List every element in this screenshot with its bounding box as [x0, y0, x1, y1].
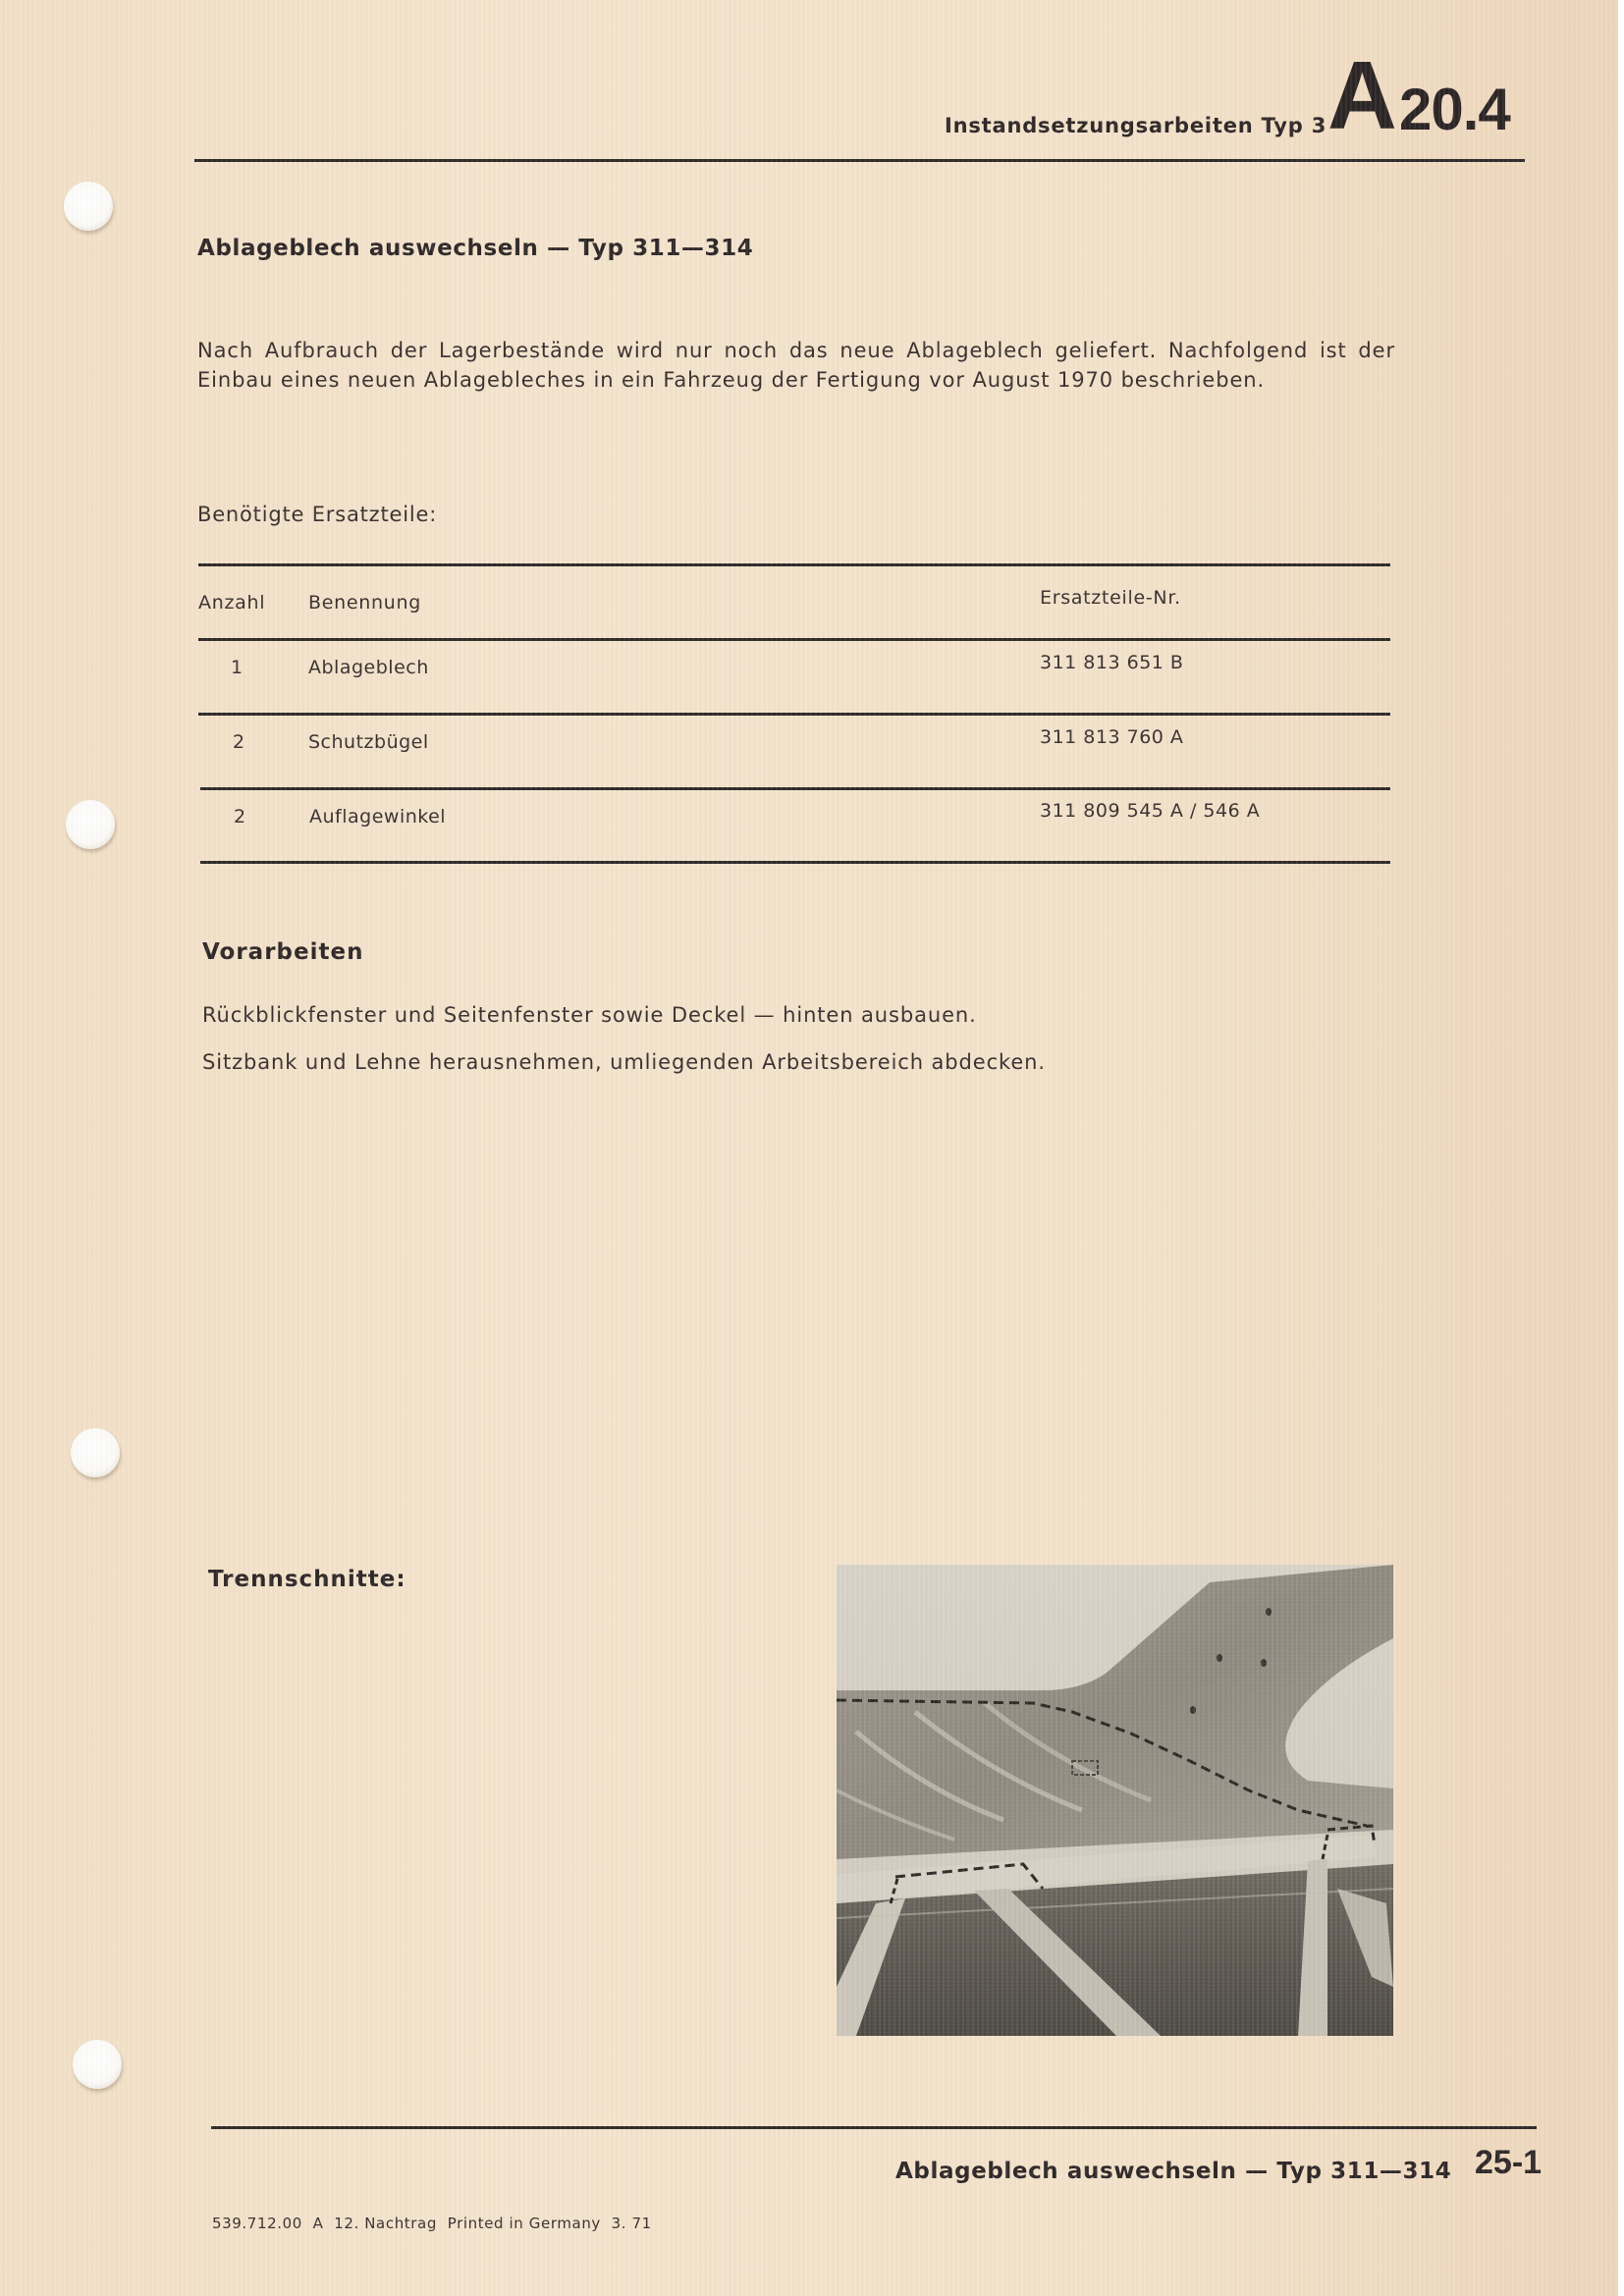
manual-page: Instandsetzungsarbeiten Typ 3 A 20.4 Abl…: [0, 0, 1618, 2296]
page-title: Ablageblech auswechseln — Typ 311—314: [197, 236, 753, 261]
intro-line-2: Einbau eines neuen Ablagebleches in ein …: [197, 365, 1265, 396]
prep-step: Sitzbank und Lehne herausnehmen, umliege…: [202, 1047, 1046, 1078]
footer-title: Ablageblech auswechseln — Typ 311—314: [895, 2159, 1451, 2184]
table-rule-row: [200, 787, 1390, 790]
row-qty: 2: [233, 731, 245, 753]
row-name: Ablageblech: [308, 657, 429, 678]
header-group-letter: A: [1327, 47, 1397, 143]
row-part-no: 311 809 545 A / 546 A: [1040, 800, 1260, 822]
cuts-heading: Trennschnitte:: [208, 1567, 406, 1592]
prep-step: Rückblickfenster und Seitenfenster sowie…: [202, 1000, 977, 1031]
intro-line-1: Nach Aufbrauch der Lagerbestände wird nu…: [197, 336, 1395, 366]
column-header-qty: Anzahl: [198, 592, 265, 614]
page-number: 25-1: [1475, 2144, 1542, 2182]
row-qty: 2: [234, 806, 246, 828]
row-name: Auflagewinkel: [309, 806, 446, 828]
row-qty: 1: [231, 657, 244, 678]
column-header-part-no: Ersatzteile-Nr.: [1040, 587, 1181, 609]
row-part-no: 311 813 760 A: [1040, 726, 1183, 748]
table-rule-header: [198, 638, 1390, 641]
parts-label: Benötigte Ersatzteile:: [197, 503, 437, 526]
header-rule: [194, 159, 1525, 162]
punch-hole: [66, 800, 115, 849]
punch-hole: [71, 1428, 120, 1477]
header-section-label: Instandsetzungsarbeiten Typ 3: [945, 114, 1326, 137]
row-part-no: 311 813 651 B: [1040, 652, 1183, 673]
header-group-number: 20.4: [1399, 80, 1510, 139]
punch-hole: [64, 182, 113, 231]
prep-heading: Vorarbeiten: [202, 939, 363, 965]
table-rule-bottom: [200, 861, 1390, 864]
imprint: 539.712.00 A 12. Nachtrag Printed in Ger…: [212, 2215, 652, 2232]
footer-rule: [211, 2126, 1537, 2129]
column-header-name: Benennung: [308, 592, 421, 614]
row-name: Schutzbügel: [308, 731, 429, 753]
table-rule-row: [198, 713, 1390, 716]
table-rule-top: [198, 563, 1390, 566]
punch-hole: [73, 2040, 122, 2089]
cut-lines-photo: [837, 1565, 1393, 2036]
